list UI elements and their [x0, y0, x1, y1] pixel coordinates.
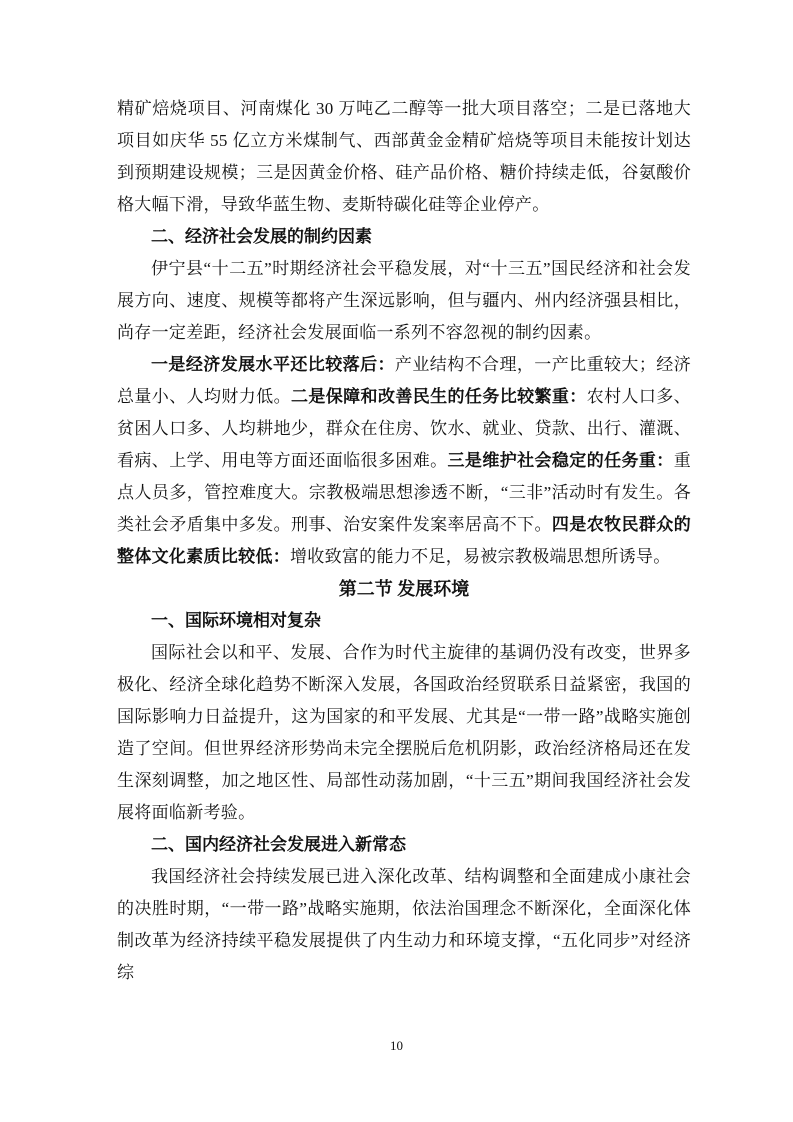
heading-constraint-factors: 二、经济社会发展的制约因素	[117, 221, 691, 253]
text-run: 增收致富的能力不足，易被宗教极端思想所诱导。	[290, 547, 671, 566]
heading-section-2: 第二节 发展环境	[117, 573, 691, 605]
paragraph-project-setbacks: 精矿焙烧项目、河南煤化 30 万吨乙二醇等一批大项目落空；二是已落地大项目如庆华…	[117, 93, 691, 221]
paragraph-domestic-new-normal: 我国经济社会持续发展已进入深化改革、结构调整和全面建成小康社会的决胜时期，“一带…	[117, 861, 691, 989]
bold-lead-first: 一是经济发展水平还比较落后：	[151, 355, 395, 374]
bold-lead-second: 二是保障和改善民生的任务比较繁重：	[291, 387, 587, 406]
page-number: 10	[0, 1038, 793, 1054]
bold-lead-third: 三是维护社会稳定的任务重：	[448, 451, 674, 470]
heading-domestic-new-normal: 二、国内经济社会发展进入新常态	[117, 829, 691, 861]
heading-international-environment: 一、国际环境相对复杂	[117, 605, 691, 637]
paragraph-international-environment: 国际社会以和平、发展、合作为时代主旋律的基调仍没有改变，世界多极化、经济全球化趋…	[117, 637, 691, 829]
paragraph-constraints-intro: 伊宁县“十二五”时期经济社会平稳发展，对“十三五”国民经济和社会发展方向、速度、…	[117, 253, 691, 349]
document-text-block: 精矿焙烧项目、河南煤化 30 万吨乙二醇等一批大项目落空；二是已落地大项目如庆华…	[117, 93, 691, 989]
paragraph-constraint-details: 一是经济发展水平还比较落后：产业结构不合理，一产比重较大；经济总量小、人均财力低…	[117, 349, 691, 573]
